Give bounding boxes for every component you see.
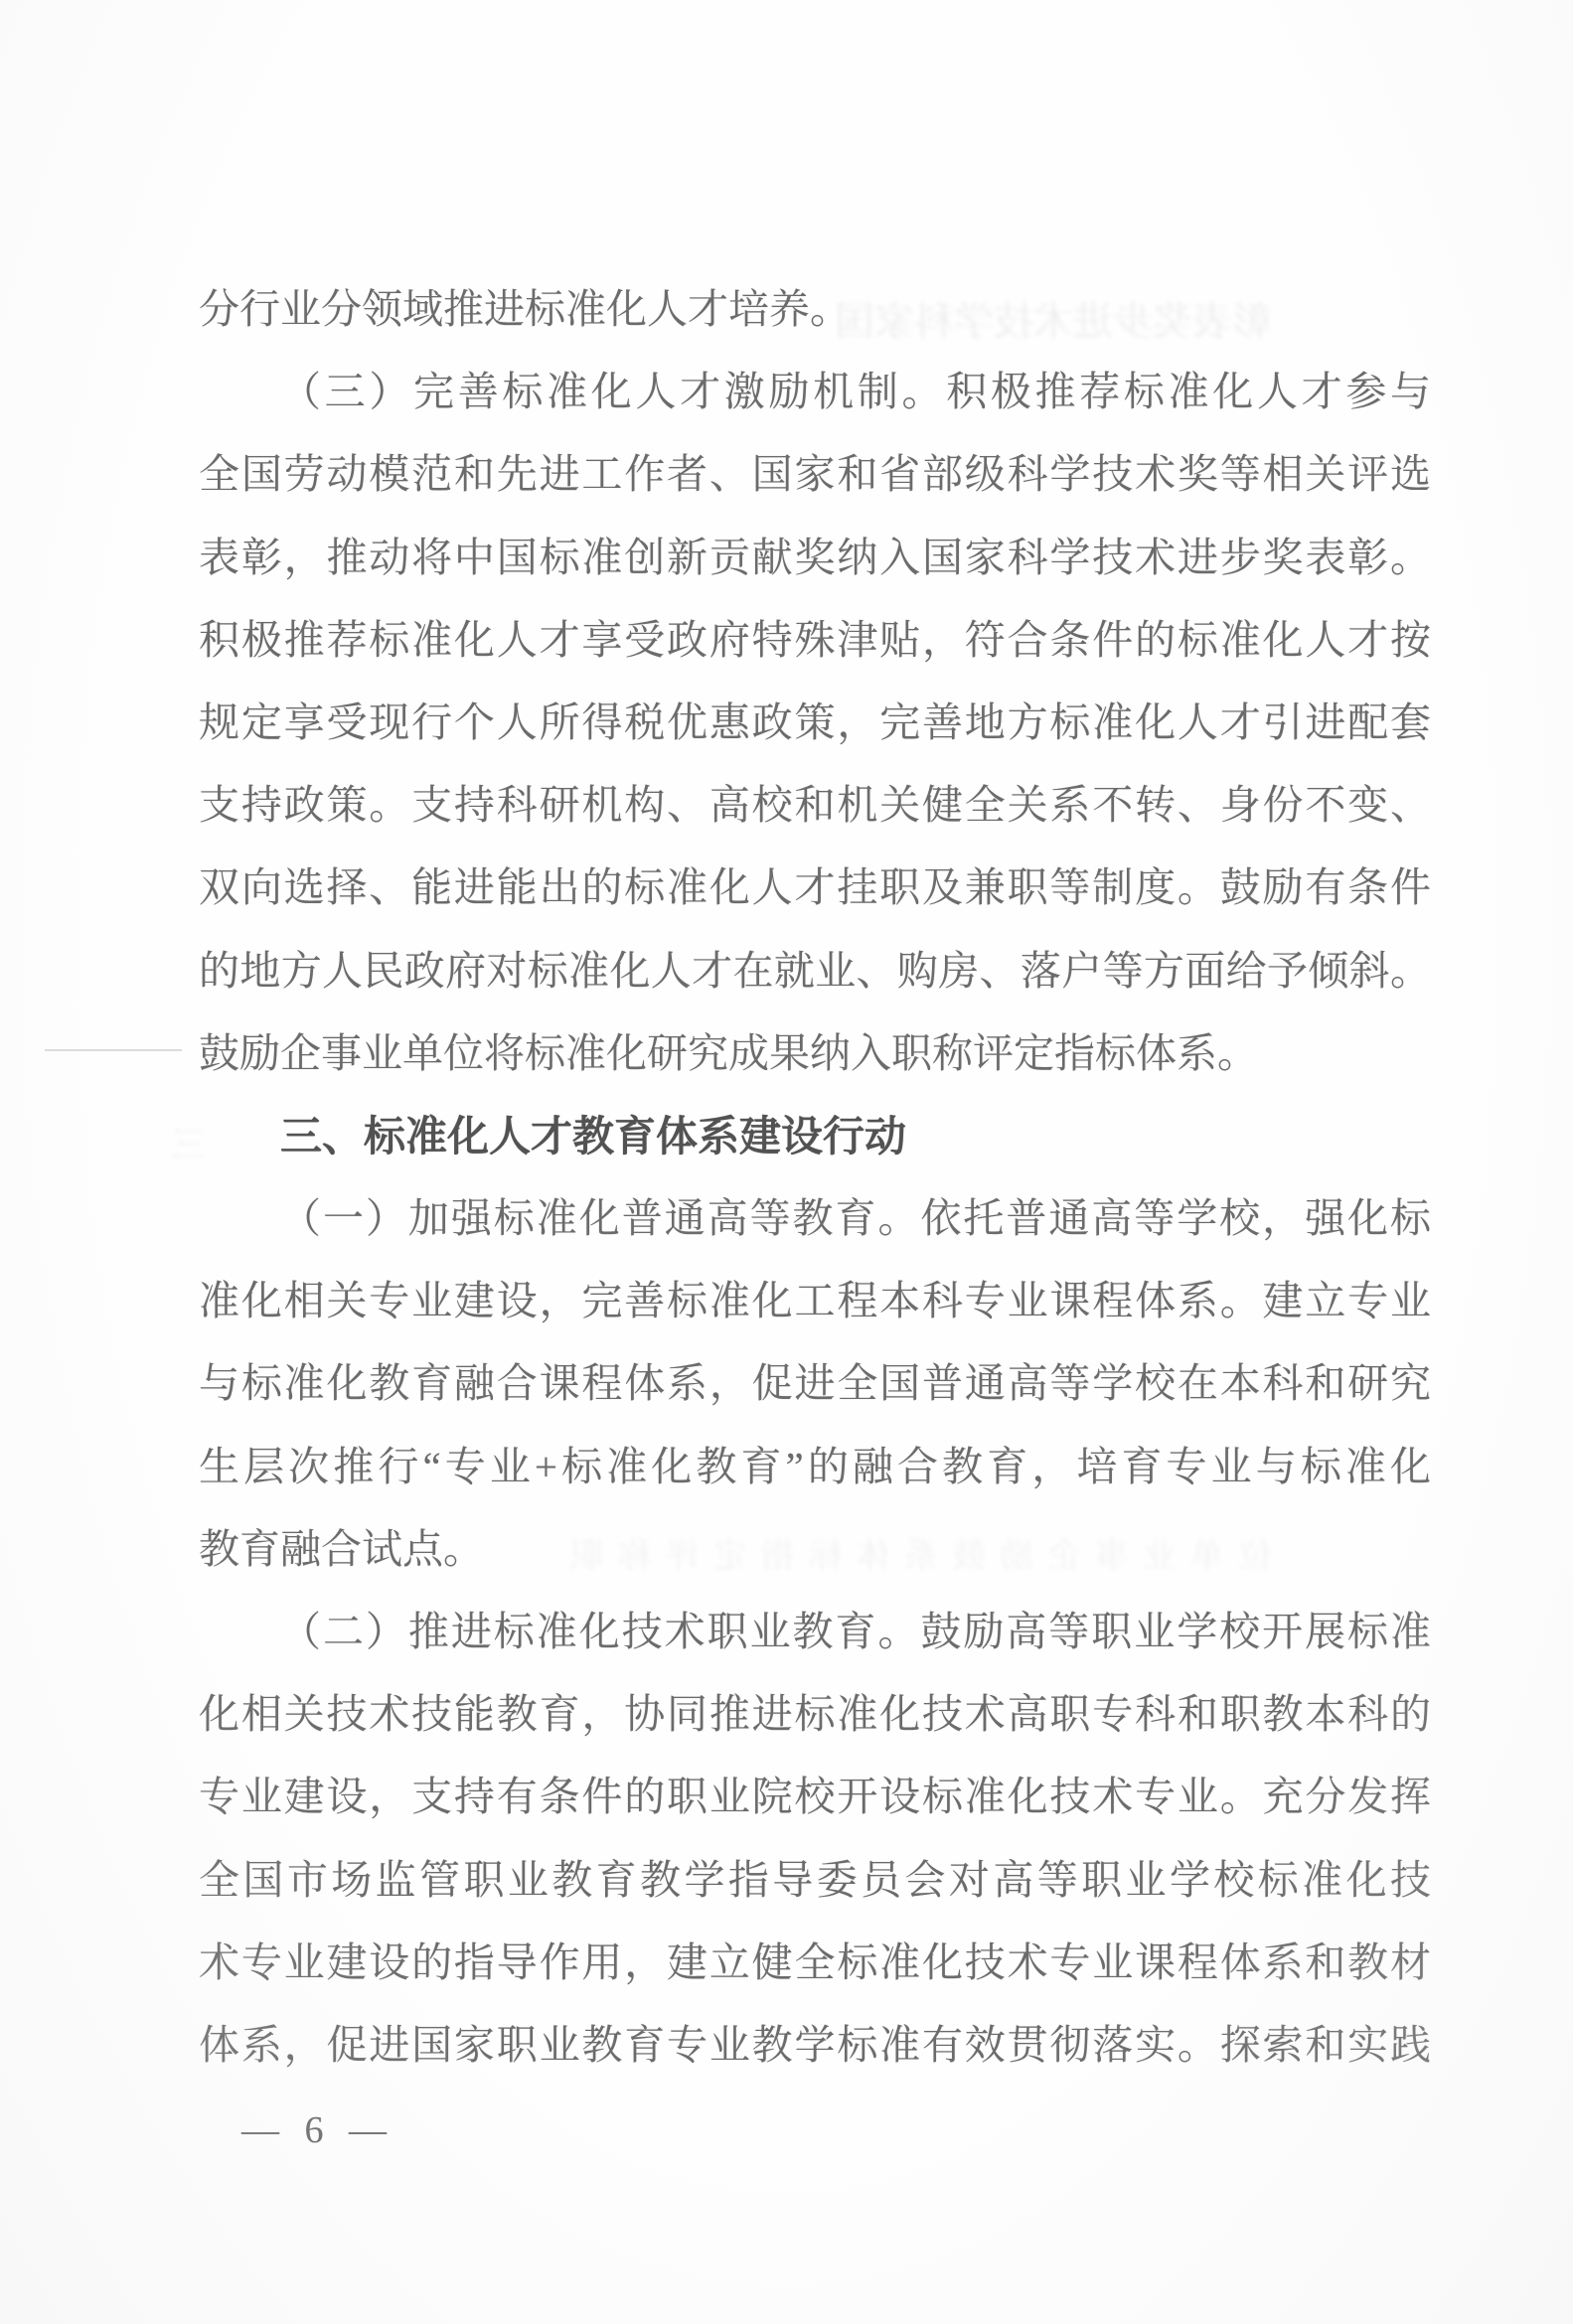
document-line: （一）加强标准化普通高等教育。依托普通高等学校，强化标 bbox=[199, 1177, 1431, 1260]
document-body: 分行业分领域推进标准化人才培养。 （三）完善标准化人才激励机制。积极推荐标准化人… bbox=[199, 268, 1431, 2087]
document-line: 全国市场监管职业教育教学指导委员会对高等职业学校标准化技 bbox=[199, 1839, 1431, 1922]
document-line: 体系，促进国家职业教育专业教学标准有效贯彻落实。探索和实践 bbox=[199, 2004, 1431, 2087]
scanned-document-page: 彰表奖步进术技学科家国 三 位单业事企励鼓系体标指定评称职 分行业分领域推进标准… bbox=[0, 0, 1573, 2324]
document-line: 分行业分领域推进标准化人才培养。 bbox=[199, 268, 1431, 351]
document-line: 全国劳动模范和先进工作者、国家和省部级科学技术奖等相关评选 bbox=[199, 433, 1431, 516]
page-number: — 6 — bbox=[241, 2108, 394, 2152]
document-line: 双向选择、能进能出的标准化人才挂职及兼职等制度。鼓励有条件 bbox=[199, 847, 1431, 929]
document-line: 准化相关专业建设，完善标准化工程本科专业课程体系。建立专业 bbox=[199, 1260, 1431, 1342]
document-line: 化相关技术技能教育，协同推进标准化技术高职专科和职教本科的 bbox=[199, 1673, 1431, 1756]
document-line: 鼓励企事业单位将标准化研究成果纳入职称评定指标体系。 bbox=[199, 1012, 1431, 1095]
scan-line-artifact bbox=[45, 1049, 182, 1051]
document-line: 生层次推行“专业+标准化教育”的融合教育，培育专业与标准化 bbox=[199, 1426, 1431, 1508]
document-line: （二）推进标准化技术职业教育。鼓励高等职业学校开展标准 bbox=[199, 1591, 1431, 1673]
document-line: 积极推荐标准化人才享受政府特殊津贴，符合条件的标准化人才按 bbox=[199, 599, 1431, 682]
document-line: 教育融合试点。 bbox=[199, 1508, 1431, 1591]
document-line: （三）完善标准化人才激励机制。积极推荐标准化人才参与 bbox=[199, 351, 1431, 433]
document-line: 支持政策。支持科研机构、高校和机关健全关系不转、身份不变、 bbox=[199, 764, 1431, 847]
document-line: 与标准化教育融合课程体系，促进全国普通高等学校在本科和研究 bbox=[199, 1342, 1431, 1425]
document-line: 术专业建设的指导作用，建立健全标准化技术专业课程体系和教材 bbox=[199, 1922, 1431, 2004]
document-line: 规定享受现行个人所得税优惠政策，完善地方标准化人才引进配套 bbox=[199, 682, 1431, 764]
section-heading: 三、标准化人才教育体系建设行动 bbox=[199, 1095, 1431, 1177]
document-line: 的地方人民政府对标准化人才在就业、购房、落户等方面给予倾斜。 bbox=[199, 930, 1431, 1012]
document-line: 专业建设，支持有条件的职业院校开设标准化技术专业。充分发挥 bbox=[199, 1756, 1431, 1838]
document-line: 表彰，推动将中国标准创新贡献奖纳入国家科学技术进步奖表彰。 bbox=[199, 517, 1431, 599]
